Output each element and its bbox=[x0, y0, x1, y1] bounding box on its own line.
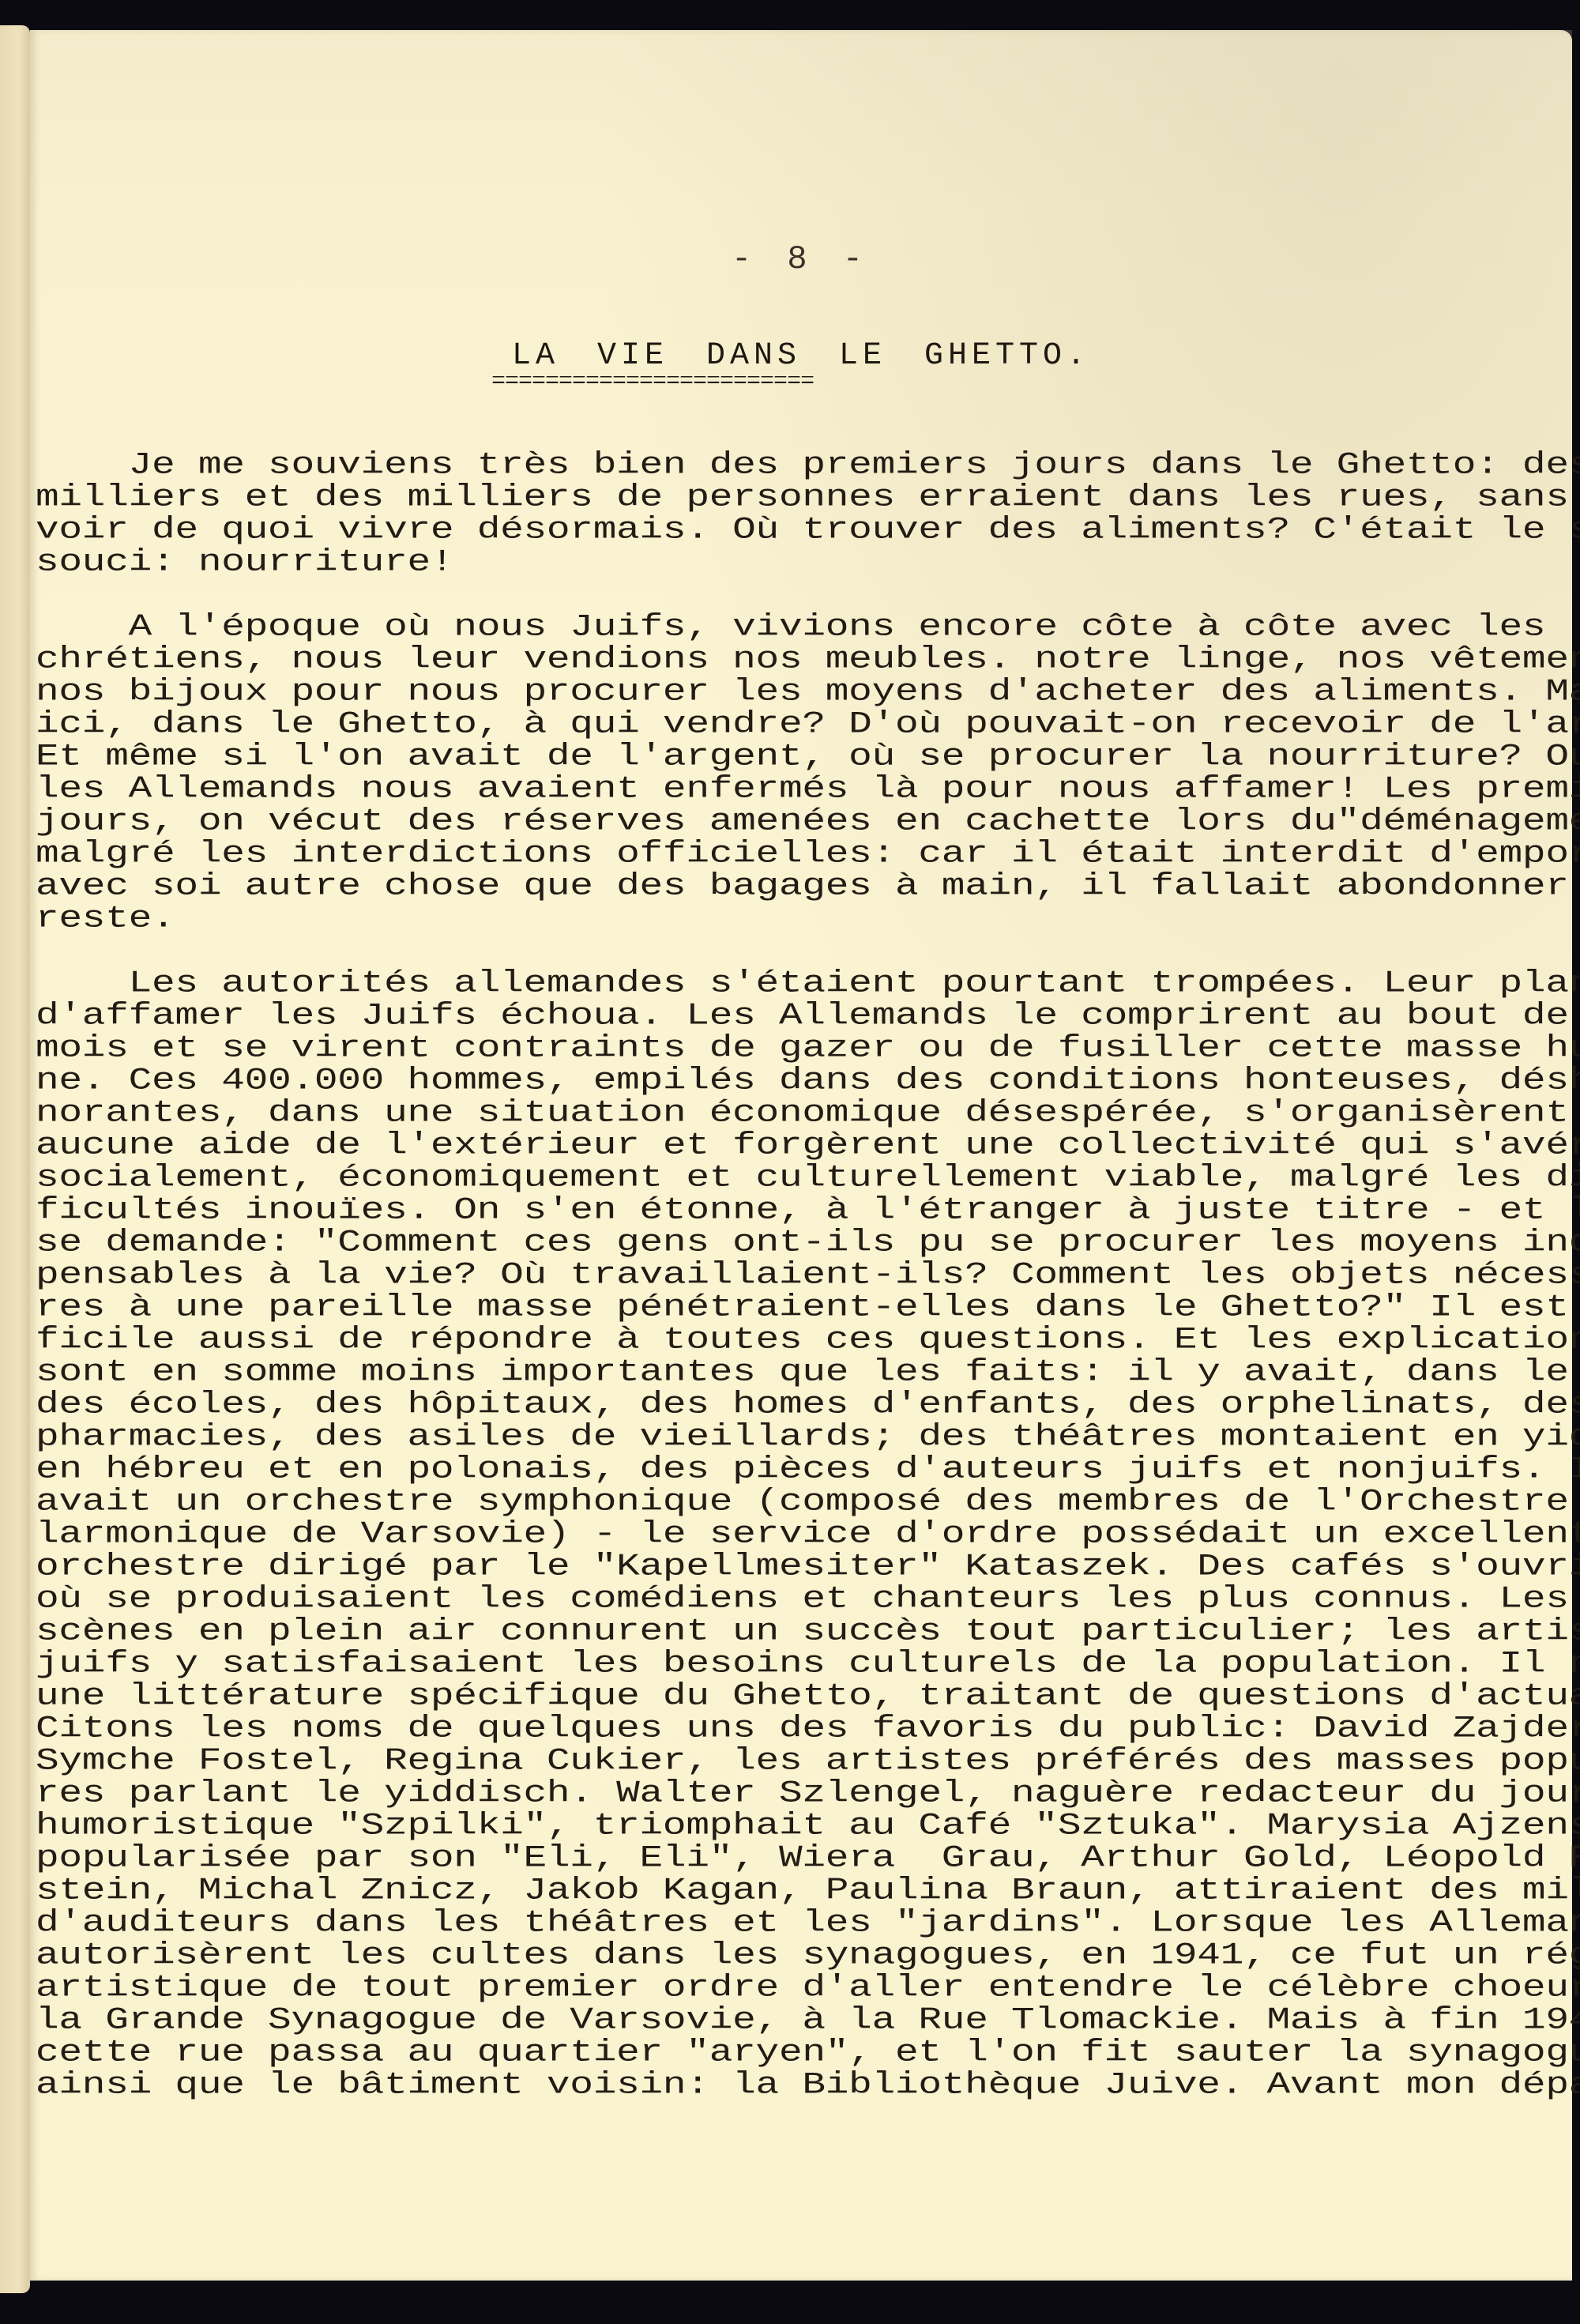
paragraph-3-line: sont en somme moins importantes que les … bbox=[36, 1360, 1580, 1385]
paragraph-1-line: souci: nourriture! bbox=[36, 550, 453, 575]
paragraph-3-line: scènes en plein air connurent un succès … bbox=[36, 1619, 1580, 1644]
paragraph-2-line: chrétiens, nous leur vendions nos meuble… bbox=[36, 647, 1580, 672]
paragraph-2-line: nos bijoux pour nous procurer les moyens… bbox=[36, 680, 1580, 705]
document-page: - 8 - LA VIE DANS LE GHETTO. ===========… bbox=[30, 30, 1572, 2281]
paragraph-3-line: larmonique de Varsovie) - le service d'o… bbox=[36, 1522, 1580, 1547]
paragraph-3-line: mois et se virent contraints de gazer ou… bbox=[36, 1036, 1580, 1061]
paragraph-2-line: ici, dans le Ghetto, à qui vendre? D'où … bbox=[36, 712, 1580, 737]
paragraph-1-line: Je me souviens très bien des premiers jo… bbox=[36, 453, 1580, 478]
paragraph-2-line: avec soi autre chose que des bagages à m… bbox=[36, 874, 1580, 899]
paragraph-3-line: humoristique "Szpilki", triomphait au Ca… bbox=[36, 1814, 1580, 1839]
paragraph-3-line: ficile aussi de répondre à toutes ces qu… bbox=[36, 1328, 1580, 1353]
paragraph-3-line: autorisèrent les cultes dans les synagog… bbox=[36, 1943, 1580, 1968]
paragraph-3-line: norantes, dans une situation économique … bbox=[36, 1101, 1580, 1126]
paragraph-3-line: d'auditeurs dans les théâtres et les "ja… bbox=[36, 1911, 1580, 1936]
title-underline: ======================== bbox=[491, 376, 1013, 387]
paragraph-3-line: res parlant le yiddisch. Walter Szlengel… bbox=[36, 1781, 1580, 1806]
paragraph-2-line: malgré les interdictions officielles: ca… bbox=[36, 842, 1580, 867]
paragraph-3-line: cette rue passa au quartier "aryen", et … bbox=[36, 2040, 1580, 2066]
paragraph-3-line: ficultés inouïes. On s'en étonne, à l'ét… bbox=[36, 1198, 1580, 1223]
paragraph-3-line: orchestre dirigé par le "Kapellmesiter" … bbox=[36, 1554, 1580, 1580]
paragraph-2-line: les Allemands nous avaient enfermés là p… bbox=[36, 777, 1580, 802]
paragraph-2-line: jours, on vécut des réserves amenées en … bbox=[36, 809, 1580, 834]
paragraph-3-line: juifs y satisfaisaient les besoins cultu… bbox=[36, 1652, 1580, 1677]
page-number: - 8 - bbox=[30, 240, 1572, 278]
page-title: LA VIE DANS LE GHETTO. bbox=[30, 338, 1572, 374]
paragraph-3-line: des écoles, des hôpitaux, des homes d'en… bbox=[36, 1392, 1580, 1418]
paragraph-2-line: Et même si l'on avait de l'argent, où se… bbox=[36, 744, 1580, 770]
paragraph-3-line: avait un orchestre symphonique (composé … bbox=[36, 1490, 1580, 1515]
paragraph-3-line: d'affamer les Juifs échoua. Les Allemand… bbox=[36, 1004, 1580, 1029]
paragraph-3-line: en hébreu et en polonais, des pièces d'a… bbox=[36, 1457, 1580, 1482]
paragraph-3-line: aucune aide de l'extérieur et forgèrent … bbox=[36, 1133, 1580, 1158]
paragraph-3-line: ainsi que le bâtiment voisin: la Bibliot… bbox=[36, 2073, 1580, 2098]
paragraph-3-line: ne. Ces 400.000 hommes, empilés dans des… bbox=[36, 1068, 1580, 1094]
paragraph-3-line: popularisée par son "Eli, Eli", Wiera Gr… bbox=[36, 1846, 1580, 1871]
paragraph-3-line: pensables à la vie? Où travaillaient-ils… bbox=[36, 1263, 1580, 1288]
paragraph-3-line: la Grande Synagogue de Varsovie, à la Ru… bbox=[36, 2008, 1580, 2033]
paragraph-1-line: milliers et des milliers de personnes er… bbox=[36, 485, 1580, 510]
paragraph-3-line: pharmacies, des asiles de vieillards; de… bbox=[36, 1425, 1580, 1450]
adjacent-page-edge bbox=[0, 25, 30, 2293]
paragraph-3-line: socialement, économiquement et culturell… bbox=[36, 1166, 1580, 1191]
paragraph-3-line: où se produisaient les comédiens et chan… bbox=[36, 1587, 1569, 1612]
paragraph-3-line: Symche Fostel, Regina Cukier, les artist… bbox=[36, 1749, 1580, 1774]
paragraph-3-line: se demande: "Comment ces gens ont-ils pu… bbox=[36, 1230, 1580, 1256]
paragraph-3-line: res à une pareille masse pénétraient-ell… bbox=[36, 1295, 1580, 1320]
paragraph-3-line: stein, Michal Znicz, Jakob Kagan, Paulin… bbox=[36, 1878, 1580, 1904]
paragraph-2-line: reste. bbox=[36, 906, 175, 932]
paragraph-3-line: Les autorités allemandes s'étaient pourt… bbox=[36, 971, 1580, 996]
paragraph-2-line: A l'époque où nous Juifs, vivions encore… bbox=[36, 615, 1545, 640]
paragraph-3-line: artistique de tout premier ordre d'aller… bbox=[36, 1976, 1580, 2001]
paragraph-3-line: Citons les noms de quelques uns des favo… bbox=[36, 1716, 1580, 1742]
paragraph-1-line: voir de quoi vivre désormais. Où trouver… bbox=[36, 518, 1580, 543]
paragraph-3-line: une littérature spécifique du Ghetto, tr… bbox=[36, 1684, 1580, 1709]
